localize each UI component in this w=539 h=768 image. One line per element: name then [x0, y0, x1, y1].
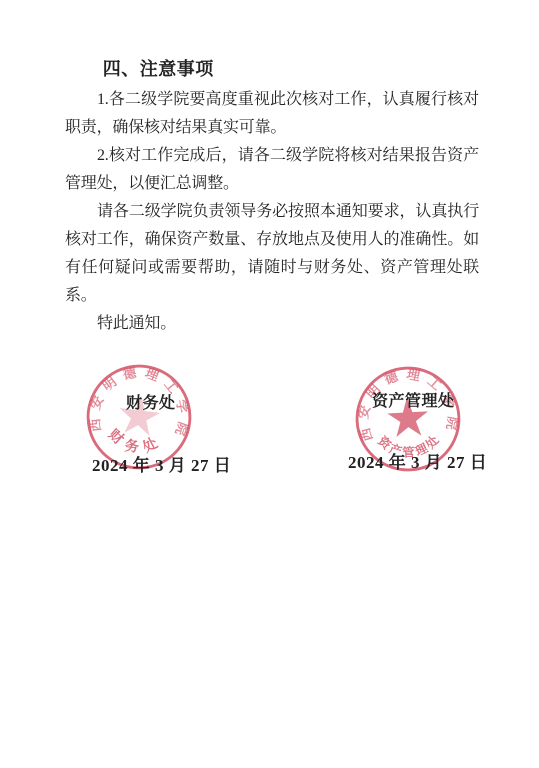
notice-body: 四、注意事项 1.各二级学院要高度重视此次核对工作，认真履行核对职责，确保核对结… [65, 55, 479, 338]
section-heading: 四、注意事项 [65, 55, 479, 83]
finance-office-date: 2024 年 3 月 27 日 [92, 451, 231, 476]
notice-paragraph-1: 1.各二级学院要高度重视此次核对工作，认真履行核对职责，确保核对结果真实可靠。 [65, 86, 479, 142]
finance-office-label: 财务处 [126, 390, 176, 413]
asset-management-office-date: 2024 年 3 月 27 日 [348, 448, 487, 473]
notice-paragraph-2: 2.核对工作完成后，请各二级学院将核对结果报告资产管理处，以便汇总调整。 [65, 142, 479, 198]
notice-closing: 特此通知。 [65, 310, 479, 338]
asset-management-office-label: 资产管理处 [372, 388, 455, 411]
document-page: 四、注意事项 1.各二级学院要高度重视此次核对工作，认真履行核对职责，确保核对结… [0, 0, 539, 768]
notice-paragraph-3: 请各二级学院负责领导务必按照本通知要求，认真执行核对工作，确保资产数量、存放地点… [65, 198, 479, 310]
